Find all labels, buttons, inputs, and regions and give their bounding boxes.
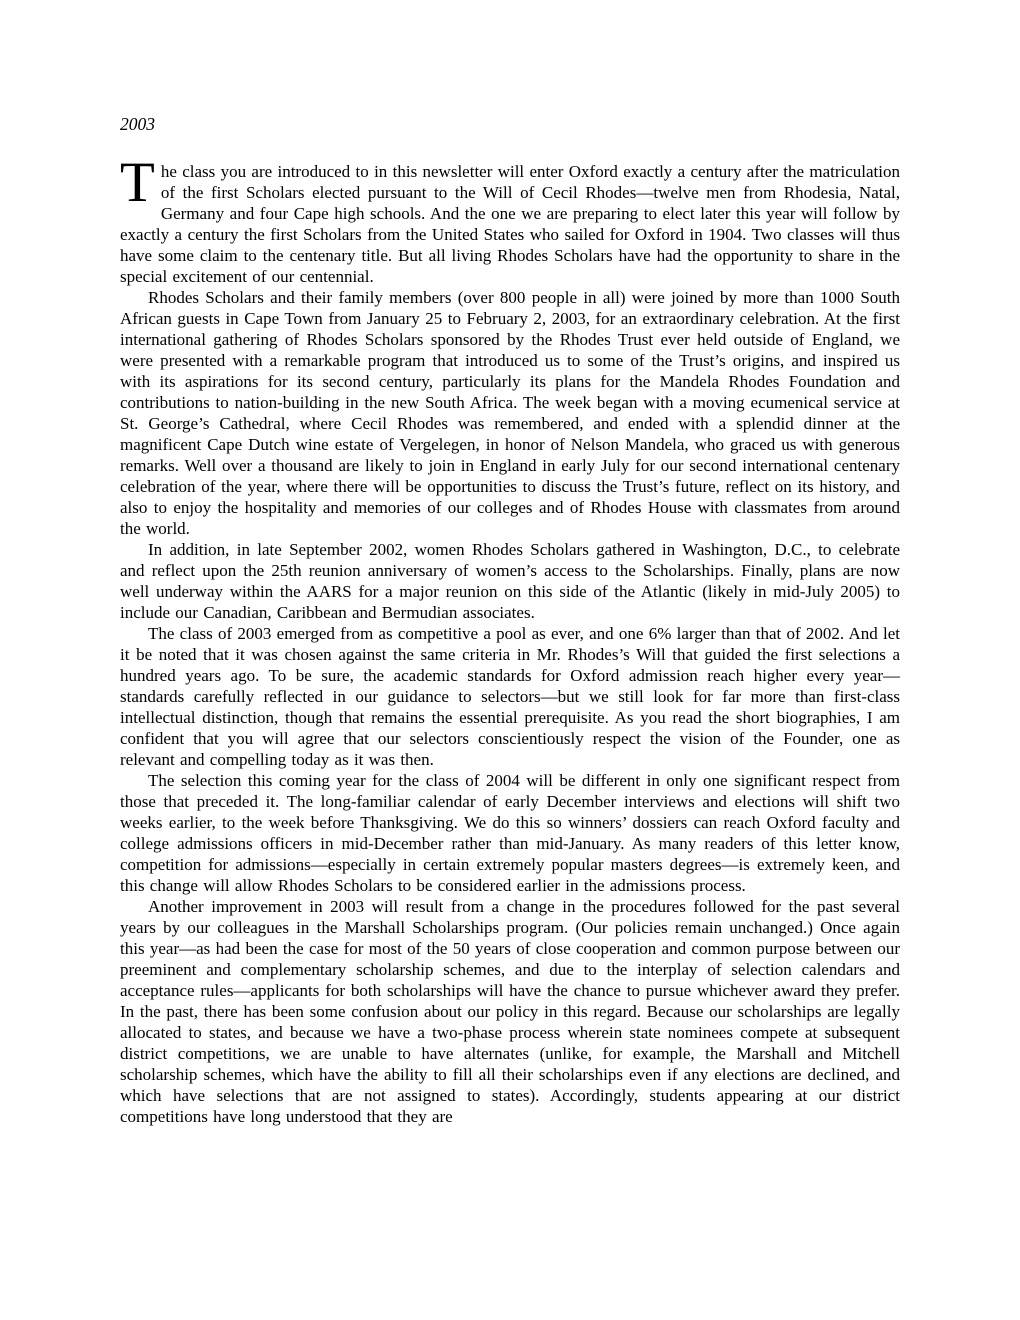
paragraph: The class you are introduced to in this … bbox=[120, 161, 900, 287]
paragraph-text: The class of 2003 emerged from as compet… bbox=[120, 624, 900, 769]
paragraph: In addition, in late September 2002, wom… bbox=[120, 539, 900, 623]
year-heading: 2003 bbox=[120, 114, 900, 135]
document-page: 2003 The class you are introduced to in … bbox=[0, 0, 1020, 1320]
paragraph-text: The selection this coming year for the c… bbox=[120, 771, 900, 895]
drop-cap: T bbox=[120, 162, 155, 204]
paragraph: Another improvement in 2003 will result … bbox=[120, 896, 900, 1127]
paragraph-text: Another improvement in 2003 will result … bbox=[120, 897, 900, 1126]
paragraph: The class of 2003 emerged from as compet… bbox=[120, 623, 900, 770]
paragraph: The selection this coming year for the c… bbox=[120, 770, 900, 896]
paragraph: Rhodes Scholars and their family members… bbox=[120, 287, 900, 539]
paragraph-text: In addition, in late September 2002, wom… bbox=[120, 540, 900, 622]
paragraph-text: Rhodes Scholars and their family members… bbox=[120, 288, 900, 538]
paragraph-text: he class you are introduced to in this n… bbox=[120, 162, 900, 286]
